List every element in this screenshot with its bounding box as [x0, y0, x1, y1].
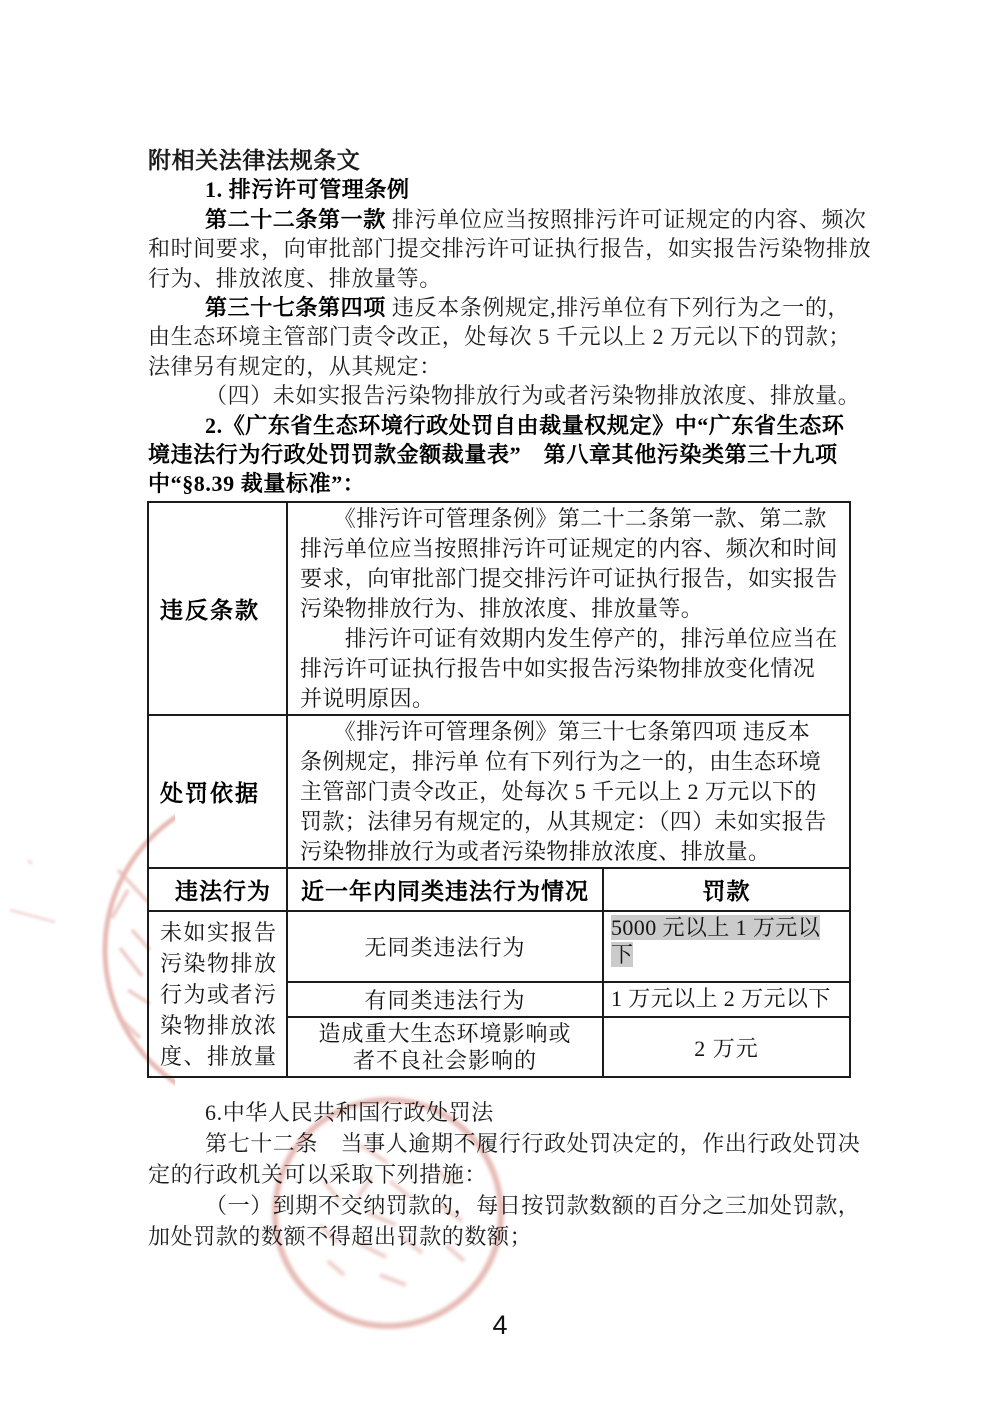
row-label-violated-clause: 违反条款: [148, 502, 287, 715]
body-line: 由生态环境主管部门责令改正，处每次 5 千元以上 2 万元以下的罚款；: [148, 322, 860, 351]
table-header-row: 违法行为 近一年内同类违法行为情况 罚款: [148, 868, 850, 911]
body-line: 第七十二条 当事人逾期不履行行政处罚决定的，作出行政处罚决: [148, 1128, 860, 1159]
body-line: 定的行政机关可以采取下列措施：: [148, 1159, 860, 1190]
attachment-heading: 附相关法律法规条文: [148, 146, 860, 175]
violated-clause-text: 《排污许可管理条例》第二十二条第一款、第二款 排污单位应当按照排污许可证规定的内…: [287, 502, 850, 715]
condition-cell: 造成重大生态环境影响或 者不良社会影响的: [287, 1017, 603, 1077]
condition-cell: 无同类违法行为: [287, 911, 603, 982]
body-line: 法律另有规定的，从其规定：: [148, 352, 860, 381]
scanned-document-page: 附相关法律法规条文 1. 排污许可管理条例 第二十二条第一款 排污单位应当按照排…: [0, 0, 1000, 1414]
body-line: 中“§8.39 裁量标准”：: [148, 469, 860, 498]
highlighted-fine-text: 5000 元以上 1 万元以 下: [611, 915, 820, 967]
body-line: 第三十七条第四项 违反本条例规定,排污单位有下列行为之一的，: [148, 293, 860, 322]
table-row: 违反条款 《排污许可管理条例》第二十二条第一款、第二款 排污单位应当按照排污许可…: [148, 502, 850, 715]
body-line: 和时间要求，向审批部门提交排污许可证执行报告，如实报告污染物排放: [148, 234, 860, 263]
body-line: （四）未如实报告污染物排放行为或者污染物排放浓度、排放量。: [148, 381, 860, 410]
body-line: 行为、排放浓度、排放量等。: [148, 264, 860, 293]
fine-cell: 5000 元以上 1 万元以 下: [603, 911, 850, 982]
body-line: 加处罚款的数额不得超出罚款的数额；: [148, 1221, 860, 1252]
legal-text-top: 附相关法律法规条文 1. 排污许可管理条例 第二十二条第一款 排污单位应当按照排…: [148, 146, 860, 499]
penalty-basis-text: 《排污许可管理条例》第三十七条第四项 违反本 条例规定，排污单 位有下列行为之一…: [287, 715, 850, 868]
body-line: 2.《广东省生态环境行政处罚自由裁量权规定》中“广东省生态环: [148, 411, 860, 440]
legal-text-bottom: 6.中华人民共和国行政处罚法 第七十二条 当事人逾期不履行行政处罚决定的，作出行…: [148, 1097, 860, 1252]
header-fine: 罚款: [603, 868, 850, 911]
law-title: 6.中华人民共和国行政处罚法: [148, 1097, 860, 1128]
condition-cell: 有同类违法行为: [287, 982, 603, 1017]
table-row: 处罚依据 《排污许可管理条例》第三十七条第四项 违反本 条例规定，排污单 位有下…: [148, 715, 850, 868]
header-same-type-situation: 近一年内同类违法行为情况: [287, 868, 603, 911]
body-line: 境违法行为行政处罚罚款金额裁量表” 第八章其他污染类第三十九项: [148, 440, 860, 469]
body-line: 第二十二条第一款 排污单位应当按照排污许可证规定的内容、频次: [148, 205, 860, 234]
row-label-penalty-basis: 处罚依据: [148, 715, 287, 868]
body-line: （一）到期不交纳罚款的，每日按罚款数额的百分之三加处罚款，: [148, 1190, 860, 1221]
penalty-discretion-table: 违反条款 《排污许可管理条例》第二十二条第一款、第二款 排污单位应当按照排污许可…: [147, 501, 851, 1078]
header-illegal-behavior: 违法行为: [148, 868, 287, 911]
regulation-title: 1. 排污许可管理条例: [148, 175, 860, 204]
fine-cell: 1 万元以上 2 万元以下: [603, 982, 850, 1017]
illegal-behavior-cell: 未如实报告 污染物排放 行为或者污 染物排放浓 度、排放量: [148, 911, 287, 1077]
table-row: 未如实报告 污染物排放 行为或者污 染物排放浓 度、排放量 无同类违法行为 50…: [148, 911, 850, 982]
page-number: 4: [0, 1310, 1000, 1341]
fine-cell: 2 万元: [603, 1017, 850, 1077]
